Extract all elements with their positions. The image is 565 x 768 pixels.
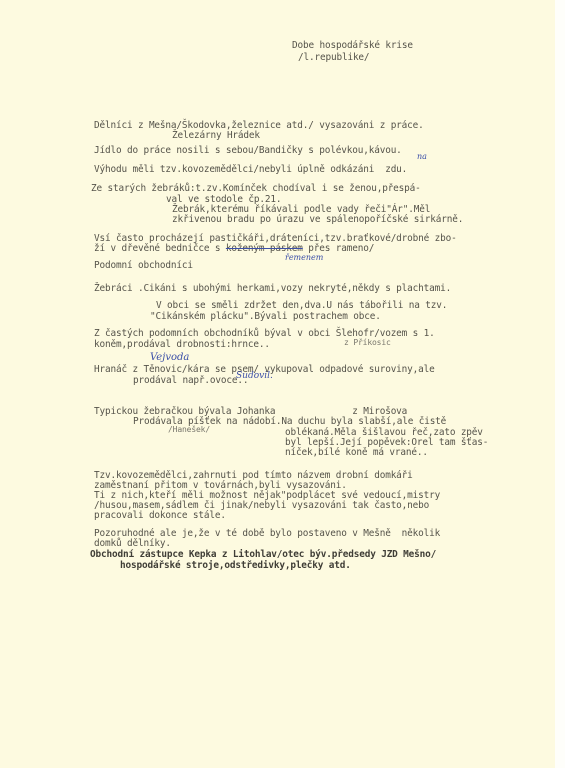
text-line: "Cikánském plácku".Bývali postrachem obc… <box>150 311 381 322</box>
document-title: Dobe hospodářské krise <box>292 40 413 51</box>
page-edge <box>555 0 565 768</box>
document-subtitle: /l.republike/ <box>298 52 369 63</box>
text-line: pracovali dokonce stále. <box>94 510 226 521</box>
text-line: koněm,prodával drobnosti:hrnce.. <box>94 339 270 350</box>
handwritten-note: Sudovil. <box>236 371 273 381</box>
text-line-bold: Obchodní zástupce Kepka z Litohlav/otec … <box>90 549 436 560</box>
text-line: Ze starých žebráků:t.zv.Komínček chodíva… <box>91 183 421 194</box>
handwritten-note: na <box>417 152 427 161</box>
text-line: Jídlo do práce nosili s sebou/Bandičky s… <box>94 145 402 156</box>
text-line: Železárny Hrádek <box>172 130 260 141</box>
text-line: ží v dřevěné bedničce s koženým páskem p… <box>94 243 374 254</box>
text-line-bold: hospodářské stroje,odstředivky,plečky at… <box>120 560 351 571</box>
text-line: prodával např.ovoce.. <box>133 375 248 386</box>
handwritten-note: řemenem <box>285 253 323 262</box>
text-line: Žebráci .Cikáni s ubohými herkami,vozy n… <box>94 283 451 294</box>
text-line: Výhodu měli tzv.kovozemědělci/nebyli úpl… <box>94 164 407 175</box>
handwritten-note: Vejvoda <box>150 352 189 363</box>
text-line-insert: z Příkosic <box>344 337 391 348</box>
text-line: V obci se směli zdržet den,dva.U nás táb… <box>156 300 447 311</box>
text-segment: ží v dřevěné bedničce s <box>94 243 226 254</box>
text-line: zkřivenou bradu po úrazu ve spálenopoříč… <box>172 214 463 225</box>
text-line: Podomní obchodníci <box>94 260 193 271</box>
text-line-insert: /Hanešek/ <box>168 424 210 435</box>
text-line: níček,bílé koně má vrané.. <box>285 447 428 458</box>
text-line: domků dělníky. <box>94 538 171 549</box>
